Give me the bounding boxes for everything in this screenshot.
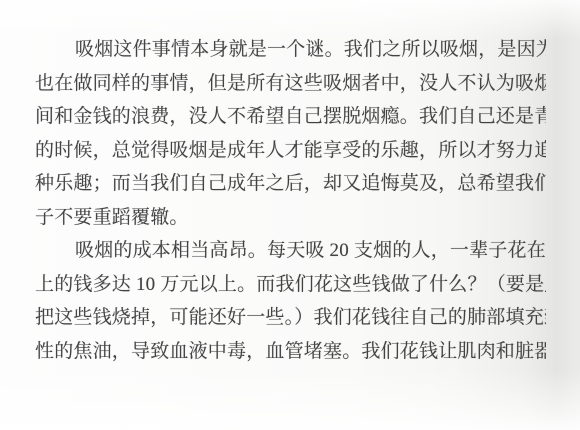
book-page: 吸烟这件事情本身就是一个谜。我们之所以吸烟，是因为别人也在做同样的事情，但是所有… (0, 0, 580, 430)
text-line: 性的焦油，导致血液中毒，血管堵塞。我们花钱让肌肉和脏器得不 (35, 335, 546, 369)
text-line: 把这些钱烧掉，可能还好一些。）我们花钱往自己的肺部填充致癌 (35, 301, 546, 335)
text-line: 上的钱多达 10 万元以上。而我们花这些钱做了什么？（要是点火 (35, 268, 546, 302)
text-line: 吸烟的成本相当高昂。每天吸 20 支烟的人，一辈子花在香烟 (35, 234, 546, 268)
text-line: 种乐趣；而当我们自己成年之后，却又追悔莫及，总希望我们的孩 (35, 167, 546, 201)
text-line: 子不要重蹈覆辙。 (35, 201, 546, 235)
text-line: 也在做同样的事情，但是所有这些吸烟者中，没人不认为吸烟是时 (35, 67, 546, 101)
text-block: 吸烟这件事情本身就是一个谜。我们之所以吸烟，是因为别人也在做同样的事情，但是所有… (35, 33, 546, 368)
text-line: 吸烟这件事情本身就是一个谜。我们之所以吸烟，是因为别人 (35, 33, 546, 67)
text-line: 间和金钱的浪费，没人不希望自己摆脱烟瘾。我们自己还是青少年 (35, 100, 546, 134)
text-line: 的时候，总觉得吸烟是成年人才能享受的乐趣，所以才努力追求这 (35, 134, 546, 168)
